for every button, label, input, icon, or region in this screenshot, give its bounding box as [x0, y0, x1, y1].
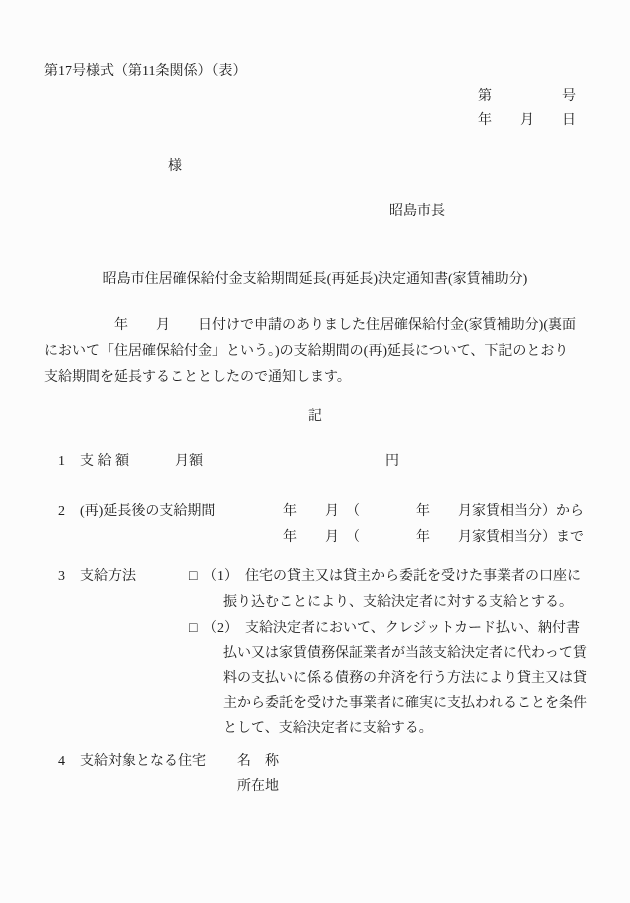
item4-housing-name-label: 名 称 [237, 752, 279, 772]
document-page: 第17号様式（第11条関係）（表） 第 号 年 月 日 様 昭島市長 昭島市住居… [0, 0, 630, 903]
payment-option-1-line-1: （1） 住宅の貸主又は貸主から委託を受けた事業者の口座に [203, 567, 581, 587]
item2-number: 2 [58, 502, 65, 522]
date-blank: 年 月 日 [478, 111, 576, 131]
payment-option-2-checkbox: □ [189, 619, 197, 639]
body-paragraph-line-1: 年 月 日付けで申請のありました住居確保給付金(家賃補助分)(裏面 [44, 316, 576, 336]
record-marker: 記 [0, 407, 630, 427]
item4-housing-address-label: 所在地 [237, 777, 279, 797]
payment-option-2-line-2: 払い又は家賃債務保証業者が当該支給決定者に代わって賃 [223, 644, 587, 664]
addressee-suffix: 様 [168, 157, 182, 177]
item3-method-label: 支給方法 [80, 567, 136, 587]
payment-option-1-checkbox: □ [189, 567, 197, 587]
sender-title: 昭島市長 [389, 202, 445, 222]
payment-option-2-line-1: （2） 支給決定者において、クレジットカード払い、納付書 [203, 619, 580, 639]
form-number: 第17号様式（第11条関係）（表） [44, 62, 246, 82]
payment-option-2-line-4: 主から委託を受けた事業者に確実に支払われることを条件 [223, 694, 587, 714]
item2-period-label: (再)延長後の支給期間 [80, 502, 215, 522]
item1-number: 1 [58, 452, 65, 472]
item1-monthly-label: 月額 [175, 452, 203, 472]
item1-yen-unit: 円 [385, 452, 399, 472]
item4-housing-label: 支給対象となる住宅 [80, 752, 206, 772]
document-number-blank: 第 号 [478, 87, 576, 107]
payment-option-2-line-3: 料の支払いに係る債務の弁済を行う方法により貸主又は貸 [223, 669, 587, 689]
body-paragraph-line-2: において「住居確保給付金」という。)の支給期間の(再)延長について、下記のとおり [44, 342, 568, 362]
item2-period-to-blank: 年 月 （ 年 月家賃相当分）まで [283, 528, 584, 548]
item2-period-from-blank: 年 月 （ 年 月家賃相当分）から [283, 502, 584, 522]
item1-amount-label: 支 給 額 [80, 452, 129, 472]
document-title: 昭島市住居確保給付金支給期間延長(再延長)決定通知書(家賃補助分) [0, 270, 630, 290]
payment-option-2-line-5: として、支給決定者に支給する。 [223, 719, 433, 739]
body-paragraph-line-3: 支給期間を延長することとしたので通知します。 [44, 368, 351, 388]
item4-number: 4 [58, 752, 65, 772]
item3-number: 3 [58, 567, 65, 587]
payment-option-1-line-2: 振り込むことにより、支給決定者に対する支給とする。 [223, 593, 573, 613]
